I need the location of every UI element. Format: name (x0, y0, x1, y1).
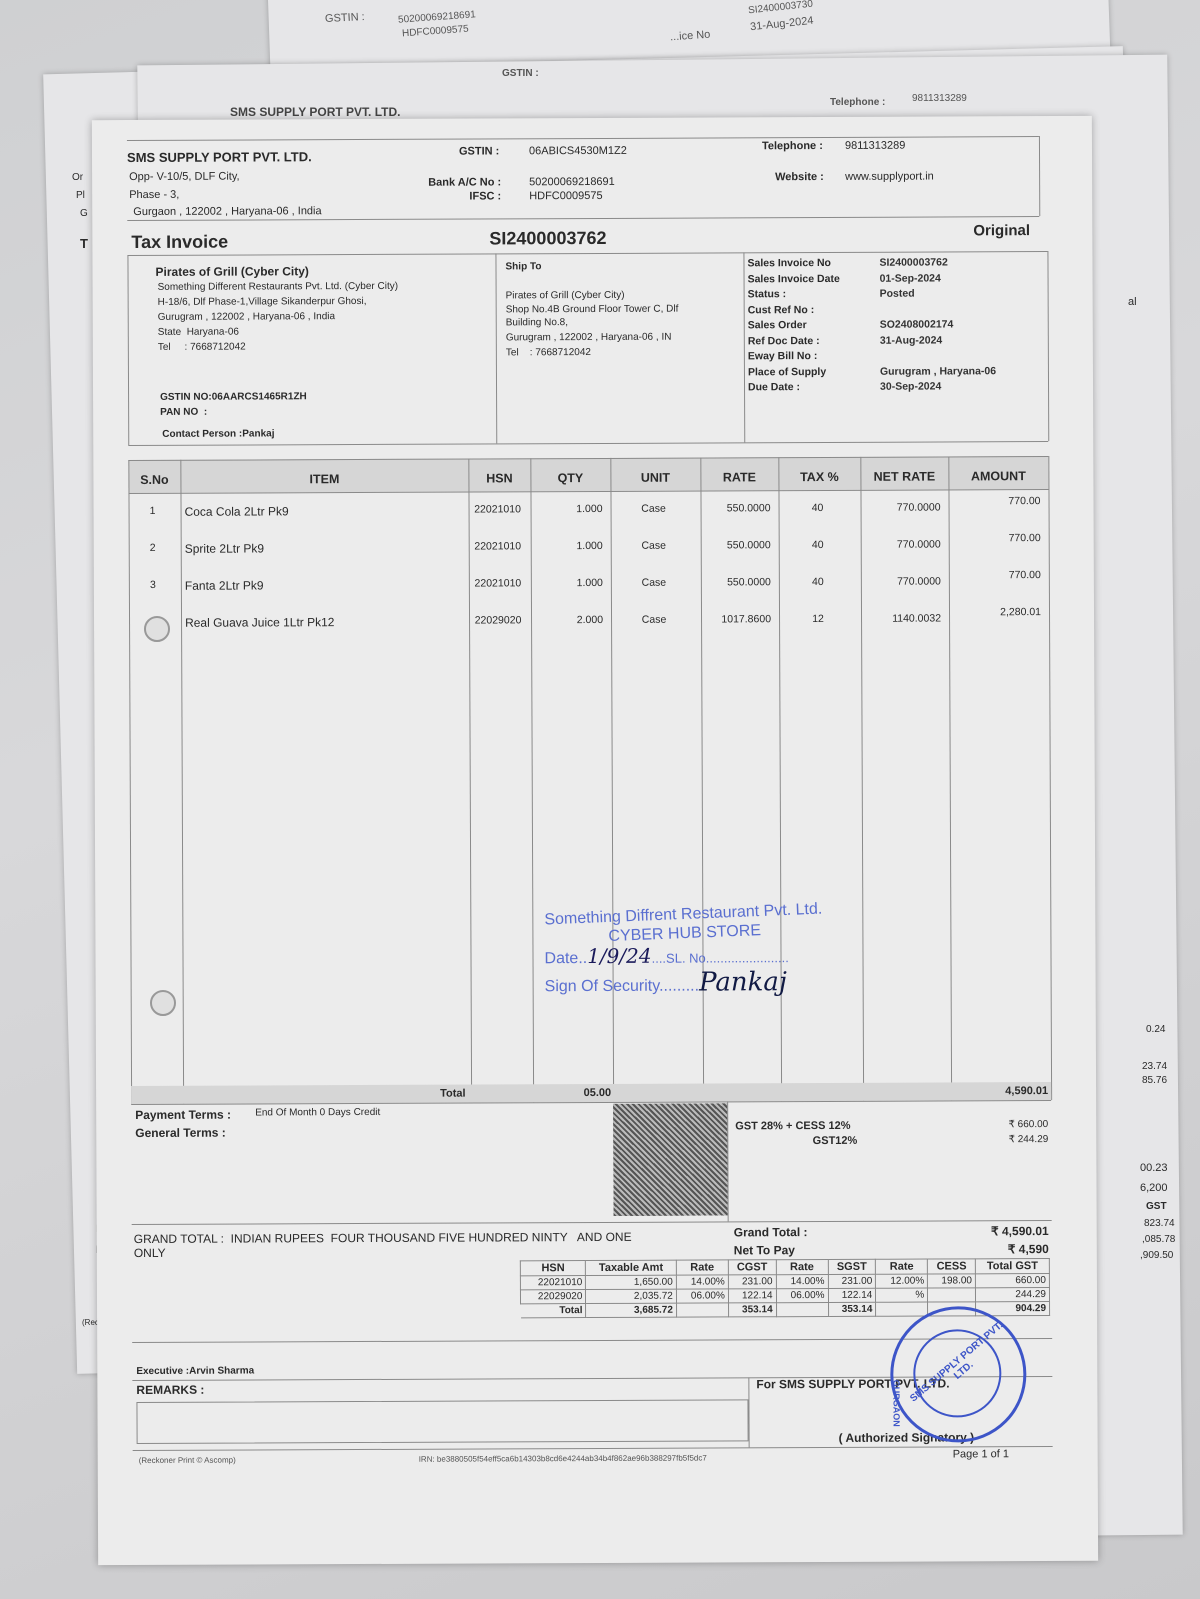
gst-cell (676, 1303, 728, 1317)
meta-label: Due Date : (748, 381, 800, 393)
item-cell: 770.0000 (861, 575, 945, 587)
website-label: Website : (775, 171, 824, 183)
gst-header: CGST (728, 1260, 776, 1275)
grand-total-label: Grand Total : (734, 1225, 808, 1239)
column-header: QTY (530, 471, 610, 485)
payment-terms-label: Payment Terms : (135, 1108, 231, 1122)
stamp-date-label: Date.. (544, 950, 587, 967)
footer-irn: IRN: be3880505f54eff5ca6b14303b8cd6e4244… (419, 1454, 707, 1464)
meta-value: SI2400003762 (879, 256, 947, 268)
column-header: UNIT (610, 471, 700, 485)
gst-cell: 231.00 (728, 1275, 776, 1289)
gst-header: Rate (776, 1259, 828, 1274)
bg-right-fragment-4: 00.23 (1140, 1162, 1168, 1174)
meta-value: 01-Sep-2024 (880, 272, 941, 284)
gst-header: CESS (928, 1259, 976, 1274)
bg-company: SMS SUPPLY PORT PVT. LTD. (230, 105, 400, 119)
gst-cell (776, 1302, 828, 1316)
item-cell: Case (611, 577, 697, 589)
meta-row: Sales Invoice NoSI2400003762 (747, 256, 1047, 257)
payment-terms-value: End Of Month 0 Days Credit (255, 1107, 380, 1119)
company-address-line-2: Phase - 3, (129, 189, 179, 201)
executive: Executive :Arvin Sharma (136, 1365, 254, 1377)
item-name: Real Guava Juice 1Ltr Pk12 (181, 615, 465, 630)
bank-value: 50200069218691 (529, 176, 615, 188)
bg-right-fragment-8: ,085.78 (1142, 1234, 1175, 1245)
stamp-sign-label: Sign Of Security......... (545, 978, 699, 996)
gst-cell: 14.00% (676, 1275, 728, 1289)
item-cell: 770.0000 (861, 538, 945, 550)
meta-value: 30-Sep-2024 (880, 380, 941, 392)
meta-label: Sales Invoice Date (748, 272, 840, 284)
item-cell: 3 (129, 579, 177, 591)
gst-cell: 353.14 (828, 1302, 876, 1316)
meta-value: Posted (880, 288, 915, 300)
bill-to-line-3: Gurugram , 122002 , Haryana-06 , India (158, 311, 335, 323)
bill-to-line-4: State Haryana-06 (158, 327, 239, 338)
ifsc-value: HDFC0009575 (529, 190, 602, 202)
meta-row: Sales OrderSO2408002174 (748, 318, 1048, 319)
net-pay-label: Net To Pay (734, 1243, 795, 1257)
item-cell: 22021010 (469, 503, 527, 515)
item-cell: 550.0000 (701, 539, 775, 551)
telephone-value: 9811313289 (845, 140, 905, 152)
item-cell: 770.00 (949, 569, 1045, 581)
company-address-line-3: Gurgaon , 122002 , Haryana-06 , India (133, 205, 321, 218)
signature: Pankaj (699, 967, 787, 997)
item-cell: 22021010 (469, 577, 527, 589)
ship-to-line-5: Tel : 7668712042 (506, 347, 591, 358)
total-qty: 05.00 (551, 1087, 611, 1099)
item-name: Coca Cola 2Ltr Pk9 (181, 504, 465, 519)
stamp-sl-label: ....SL. No....................... (652, 950, 789, 966)
bg-gstin-2: GSTIN : (502, 68, 539, 79)
ship-to-line-3: Building No.8, (506, 317, 568, 328)
gst-cell (928, 1288, 976, 1302)
item-cell: 12 (779, 613, 857, 625)
bill-to-line-1: Something Different Restaurants Pvt. Ltd… (158, 281, 399, 293)
punch-hole-bottom (150, 990, 176, 1016)
column-header: HSN (468, 471, 530, 485)
stamp-date-value: 1/9/24 (587, 944, 651, 968)
meta-row: Sales Invoice Date01-Sep-2024 (748, 272, 1048, 273)
website-link[interactable]: www.supplyport.in (845, 171, 934, 183)
bg-right-fragment-1: 0.24 (1146, 1024, 1165, 1035)
net-pay-value: ₹ 4,590 (932, 1242, 1049, 1257)
item-cell: 550.0000 (701, 502, 775, 514)
general-terms-label: General Terms : (135, 1126, 226, 1140)
bg-gstin: GSTIN : (325, 11, 365, 25)
tax-summary-label-1: GST 28% + CESS 12% (735, 1120, 850, 1133)
gst-cell: 06.00% (676, 1289, 728, 1303)
bg-right-fragment-7: 823.74 (1144, 1218, 1175, 1229)
item-cell: Case (611, 540, 697, 552)
gst-cell: 1,650.00 (586, 1275, 676, 1289)
bg-right-fragment-0: al (1128, 296, 1137, 308)
ship-to-line-4: Gurugram , 122002 , Haryana-06 , IN (506, 332, 672, 344)
company-seal: SMS SUPPLY PORT PVT. LTD. GURGAON (890, 1306, 1027, 1443)
gst-header: Taxable Amt (586, 1260, 677, 1275)
bill-to-line-5: Tel : 7668712042 (158, 342, 246, 353)
ship-to-line-1: Pirates of Grill (Cyber City) (506, 290, 625, 302)
punch-hole-top (144, 616, 170, 642)
item-cell: 40 (779, 539, 857, 551)
item-cell: 2,280.01 (949, 606, 1045, 618)
column-header: NET RATE (860, 469, 948, 483)
item-cell: 550.0000 (701, 576, 775, 588)
stamp-date-row: Date..1/9/24....SL. No..................… (544, 943, 844, 968)
bg-right-fragment-2: 23.74 (1142, 1061, 1167, 1072)
company-address-line-1: Opp- V-10/5, DLF City, (129, 171, 240, 183)
gst-cell: 22029020 (520, 1290, 585, 1304)
gst-header: Total GST (975, 1259, 1049, 1274)
footer-left: (Reckoner Print © Ascomp) (139, 1456, 236, 1465)
meta-label: Sales Order (748, 319, 807, 331)
gst-cell: Total (521, 1304, 586, 1318)
meta-row: Eway Bill No : (748, 349, 1048, 350)
bg-left-fragment-3: T (80, 236, 88, 251)
copy-type: Original (973, 222, 1030, 239)
meta-value: SO2408002174 (880, 318, 954, 330)
item-cell: 1 (129, 505, 177, 517)
stamp-sign-row: Sign Of Security.........Pankaj (545, 967, 845, 998)
gst-cell: 353.14 (728, 1303, 776, 1317)
invoice-number: SI2400003762 (489, 228, 606, 250)
bill-to-gstin: GSTIN NO:06AARCS1465R1ZH (160, 391, 307, 403)
meta-label: Sales Invoice No (747, 257, 831, 269)
tax-summary-label-2: GST12% (735, 1135, 857, 1148)
ifsc-label: IFSC : (417, 190, 501, 202)
gst-cell: 122.14 (728, 1289, 776, 1303)
bg-right-fragment-5: 6,200 (1140, 1182, 1168, 1194)
gst-cell: 198.00 (928, 1274, 976, 1288)
bg-right-fragment-9: ,909.50 (1140, 1250, 1173, 1261)
meta-label: Cust Ref No : (748, 304, 815, 316)
gst-cell: 22021010 (520, 1276, 585, 1290)
item-cell: Case (611, 614, 697, 626)
ship-to-line-2: Shop No.4B Ground Floor Tower C, Dlf (506, 304, 679, 316)
item-name: Sprite 2Ltr Pk9 (181, 541, 465, 556)
meta-row: Ref Doc Date :31-Aug-2024 (748, 334, 1048, 335)
bg-telephone-label: Telephone : (830, 97, 885, 108)
item-cell: 40 (779, 576, 857, 588)
bg-telephone: 9811313289 (912, 93, 967, 104)
bank-label: Bank A/C No : (417, 176, 501, 188)
gst-header: Rate (676, 1260, 728, 1275)
item-cell: 770.00 (949, 532, 1045, 544)
seal-bottom-text: GURGAON (891, 1380, 901, 1427)
item-cell: 22029020 (469, 614, 527, 626)
item-cell: 1.000 (531, 503, 607, 515)
bg-right-fragment-3: 85.76 (1142, 1075, 1167, 1086)
meta-row: Place of SupplyGurugram , Haryana-06 (748, 365, 1048, 366)
item-cell: 770.00 (948, 495, 1044, 507)
item-cell: Case (611, 503, 697, 515)
item-cell: 1.000 (531, 577, 607, 589)
item-cell: 22021010 (469, 540, 527, 552)
column-header: S.No (128, 473, 180, 487)
item-cell: 1017.8600 (701, 613, 775, 625)
bill-to-pan: PAN NO : (160, 407, 207, 418)
gst-cell: % (876, 1288, 928, 1302)
tax-summary-value-1: ₹ 660.00 (951, 1119, 1048, 1130)
gstin-value: 06ABICS4530M1Z2 (529, 145, 627, 157)
invoice-page: SMS SUPPLY PORT PVT. LTD. Opp- V-10/5, D… (92, 116, 1098, 1565)
grand-total-words: GRAND TOTAL : INDIAN RUPEES FOUR THOUSAN… (134, 1230, 632, 1246)
invoice-frame: SMS SUPPLY PORT PVT. LTD. Opp- V-10/5, D… (127, 136, 1075, 1470)
item-cell: 2.000 (531, 614, 607, 626)
total-amount: 4,590.01 (951, 1085, 1048, 1097)
bg-left-fragment-0: Or (72, 172, 83, 183)
ship-to-label: Ship To (505, 261, 541, 272)
remarks-box[interactable] (136, 1399, 748, 1444)
column-header: AMOUNT (948, 469, 1048, 483)
item-cell: 40 (779, 502, 857, 514)
document-title: Tax Invoice (131, 232, 228, 253)
gst-cell: 244.29 (976, 1288, 1050, 1302)
bg-right-fragment-6: GST (1146, 1201, 1167, 1212)
meta-label: Eway Bill No : (748, 350, 817, 362)
gst-cell: 122.14 (828, 1288, 876, 1302)
column-header: TAX % (778, 470, 860, 484)
remarks-label: REMARKS : (136, 1383, 204, 1397)
gst-header: HSN (520, 1261, 585, 1276)
gst-header: SGST (828, 1259, 876, 1274)
bg-left-fragment-2: G (80, 208, 88, 219)
gst-cell: 231.00 (828, 1274, 876, 1288)
item-cell: 770.0000 (861, 501, 945, 513)
gst-cell: 14.00% (776, 1274, 828, 1288)
gst-cell: 3,685.72 (586, 1303, 676, 1317)
item-cell: 1.000 (531, 540, 607, 552)
telephone-label: Telephone : (762, 140, 823, 152)
page-number: Page 1 of 1 (953, 1448, 1009, 1460)
grand-total-value: ₹ 4,590.01 (932, 1224, 1049, 1239)
gstin-label: GSTIN : (459, 145, 499, 157)
meta-value: 31-Aug-2024 (880, 334, 943, 346)
item-name: Fanta 2Ltr Pk9 (181, 578, 465, 593)
meta-value: Gurugram , Haryana-06 (880, 365, 996, 378)
gst-cell: 2,035.72 (586, 1289, 676, 1303)
meta-label: Ref Doc Date : (748, 335, 820, 347)
bill-to-line-2: H-18/6, Dlf Phase-1,Village Sikanderpur … (158, 296, 367, 308)
meta-label: Place of Supply (748, 365, 826, 377)
receipt-stamp: Something Diffrent Restaurant Pvt. Ltd. … (544, 905, 844, 998)
gst-cell: 12.00% (876, 1274, 928, 1288)
bill-to-name: Pirates of Grill (Cyber City) (155, 264, 308, 279)
item-cell: 2 (129, 542, 177, 554)
gst-cell (876, 1302, 928, 1316)
meta-row: Cust Ref No : (748, 303, 1048, 304)
total-label: Total (440, 1088, 466, 1100)
company-name: SMS SUPPLY PORT PVT. LTD. (127, 149, 312, 165)
bg-left-fragment-1: Pl (76, 190, 85, 201)
meta-label: Status : (748, 288, 787, 300)
bill-to-contact: Contact Person :Pankaj (162, 428, 274, 439)
qr-code (613, 1103, 727, 1215)
tax-summary-value-2: ₹ 244.29 (951, 1134, 1048, 1145)
grand-total-words-2: ONLY (134, 1246, 166, 1260)
gst-cell: 06.00% (776, 1288, 828, 1302)
gst-header: Rate (876, 1259, 928, 1274)
meta-row: Due Date :30-Sep-2024 (748, 380, 1048, 381)
gst-cell: 660.00 (975, 1274, 1049, 1288)
column-header: RATE (700, 470, 778, 484)
column-header: ITEM (180, 472, 468, 487)
item-cell: 1140.0032 (861, 612, 945, 624)
meta-row: Status :Posted (748, 287, 1048, 288)
